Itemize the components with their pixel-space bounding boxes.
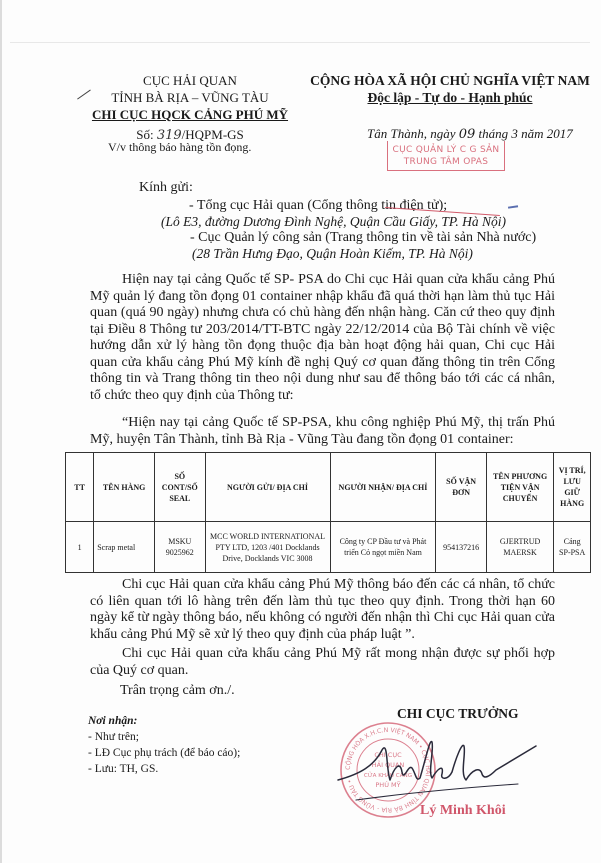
col-header-goods-name: TÊN HÀNG <box>94 453 155 522</box>
col-header-container: SỐ CONT/SỐ SEAL <box>155 453 205 522</box>
agency-line-3: CHI CỤC HQCK CẢNG PHÚ MỸ <box>70 106 310 123</box>
cell-location: Cảng SP-PSA <box>554 522 591 573</box>
document-date: Tân Thành, ngày 09 tháng 3 năm 2017 <box>367 126 573 142</box>
recipient-2-address: (28 Trần Hưng Đạo, Quận Hoàn Kiếm, TP. H… <box>161 246 536 262</box>
cell-bill-of-lading: 954137216 <box>436 522 486 573</box>
recipient-list: - Tổng cục Hải quan (Cổng thông tin điện… <box>161 198 536 262</box>
cell-sender: MCC WORLD INTERNATIONAL PTY LTD, 1203 /4… <box>205 522 330 573</box>
distribution-item: - Như trên; <box>88 729 240 745</box>
national-motto: Độc lập - Tự do - Hạnh phúc <box>290 89 601 106</box>
national-header: CỘNG HÒA XÃ HỘI CHỦ NGHĨA VIỆT NAM Độc l… <box>290 72 601 106</box>
col-header-sender: NGƯỜI GỬI/ ĐỊA CHỈ <box>205 453 330 522</box>
recipient-1-address: (Lô E3, đường Dương Đình Nghệ, Quận Cầu … <box>161 214 536 230</box>
cell-goods-name: Scrap metal <box>94 522 155 573</box>
table-row: 1 Scrap metal MSKU 9025962 MCC WORLD INT… <box>66 522 591 573</box>
distribution-item: - Lưu: TH, GS. <box>88 761 240 777</box>
subject-line: V/v thông báo hàng tồn đọng. <box>108 140 251 155</box>
cell-index: 1 <box>66 522 94 573</box>
col-header-index: TT <box>66 453 94 522</box>
salutation: Kính gửi: <box>139 180 193 196</box>
issuing-agency-block: CỤC HẢI QUAN TỈNH BÀ RỊA – VŨNG TÀU CHI … <box>70 72 310 144</box>
agency-line-1: CỤC HẢI QUAN <box>70 72 310 89</box>
body-paragraph-4: Chi cục Hải quan cửa khẩu cảng Phú Mỹ rấ… <box>90 646 555 679</box>
col-header-receiver: NGƯỜI NHẬN/ ĐỊA CHỈ <box>330 453 436 522</box>
body-paragraph-2: “Hiện nay tại cảng Quốc tế SP-PSA, khu c… <box>90 415 555 448</box>
recipient-2-name: - Cục Quản lý công sản (Trang thông tin … <box>161 230 536 246</box>
received-stamp-line-2: TRUNG TÂM OPAS <box>388 156 504 168</box>
received-stamp: CỤC QUẢN LÝ C G SẢN TRUNG TÂM OPAS <box>387 141 505 171</box>
agency-line-2: TỈNH BÀ RỊA – VŨNG TÀU <box>70 89 310 106</box>
cell-vessel: GJERTRUD MAERSK <box>486 522 554 573</box>
table-header-row: TT TÊN HÀNG SỐ CONT/SỐ SEAL NGƯỜI GỬI/ Đ… <box>66 453 591 522</box>
body-paragraph-1: Hiện nay tại cảng Quốc tế SP- PSA do Chi… <box>90 272 555 404</box>
document-page: CỤC HẢI QUAN TỈNH BÀ RỊA – VŨNG TÀU CHI … <box>0 0 601 863</box>
scan-edge <box>0 0 2 863</box>
recipient-1-name: - Tổng cục Hải quan (Cổng thông tin điện… <box>161 198 536 214</box>
distribution-list: Nơi nhận: - Như trên; - LĐ Cục phụ trách… <box>88 713 240 777</box>
signer-name: Lý Minh Khôi <box>420 803 506 819</box>
distribution-item: - LĐ Cục phụ trách (để báo cáo); <box>88 745 240 761</box>
national-title: CỘNG HÒA XÃ HỘI CHỦ NGHĨA VIỆT NAM <box>290 72 601 89</box>
date-day: 09 <box>459 127 476 142</box>
closing-line: Trân trọng cảm ơn./. <box>120 683 235 699</box>
cell-receiver: Công ty CP Đầu tư và Phát triển Cỏ ngọt … <box>330 522 436 573</box>
goods-table: TT TÊN HÀNG SỐ CONT/SỐ SEAL NGƯỜI GỬI/ Đ… <box>65 452 591 573</box>
scan-edge-top <box>10 42 590 43</box>
col-header-bill-of-lading: SỐ VẬN ĐƠN <box>436 453 486 522</box>
col-header-vessel: TÊN PHƯƠNG TIỆN VẬN CHUYỂN <box>486 453 554 522</box>
cell-container: MSKU 9025962 <box>155 522 205 573</box>
col-header-location: VỊ TRÍ, LƯU GIỮ HÀNG <box>554 453 591 522</box>
distribution-label: Nơi nhận: <box>88 713 240 729</box>
received-stamp-line-1: CỤC QUẢN LÝ C G SẢN <box>388 144 504 156</box>
body-paragraph-3: Chi cục Hải quan cửa khẩu cảng Phú Mỹ th… <box>90 577 555 643</box>
